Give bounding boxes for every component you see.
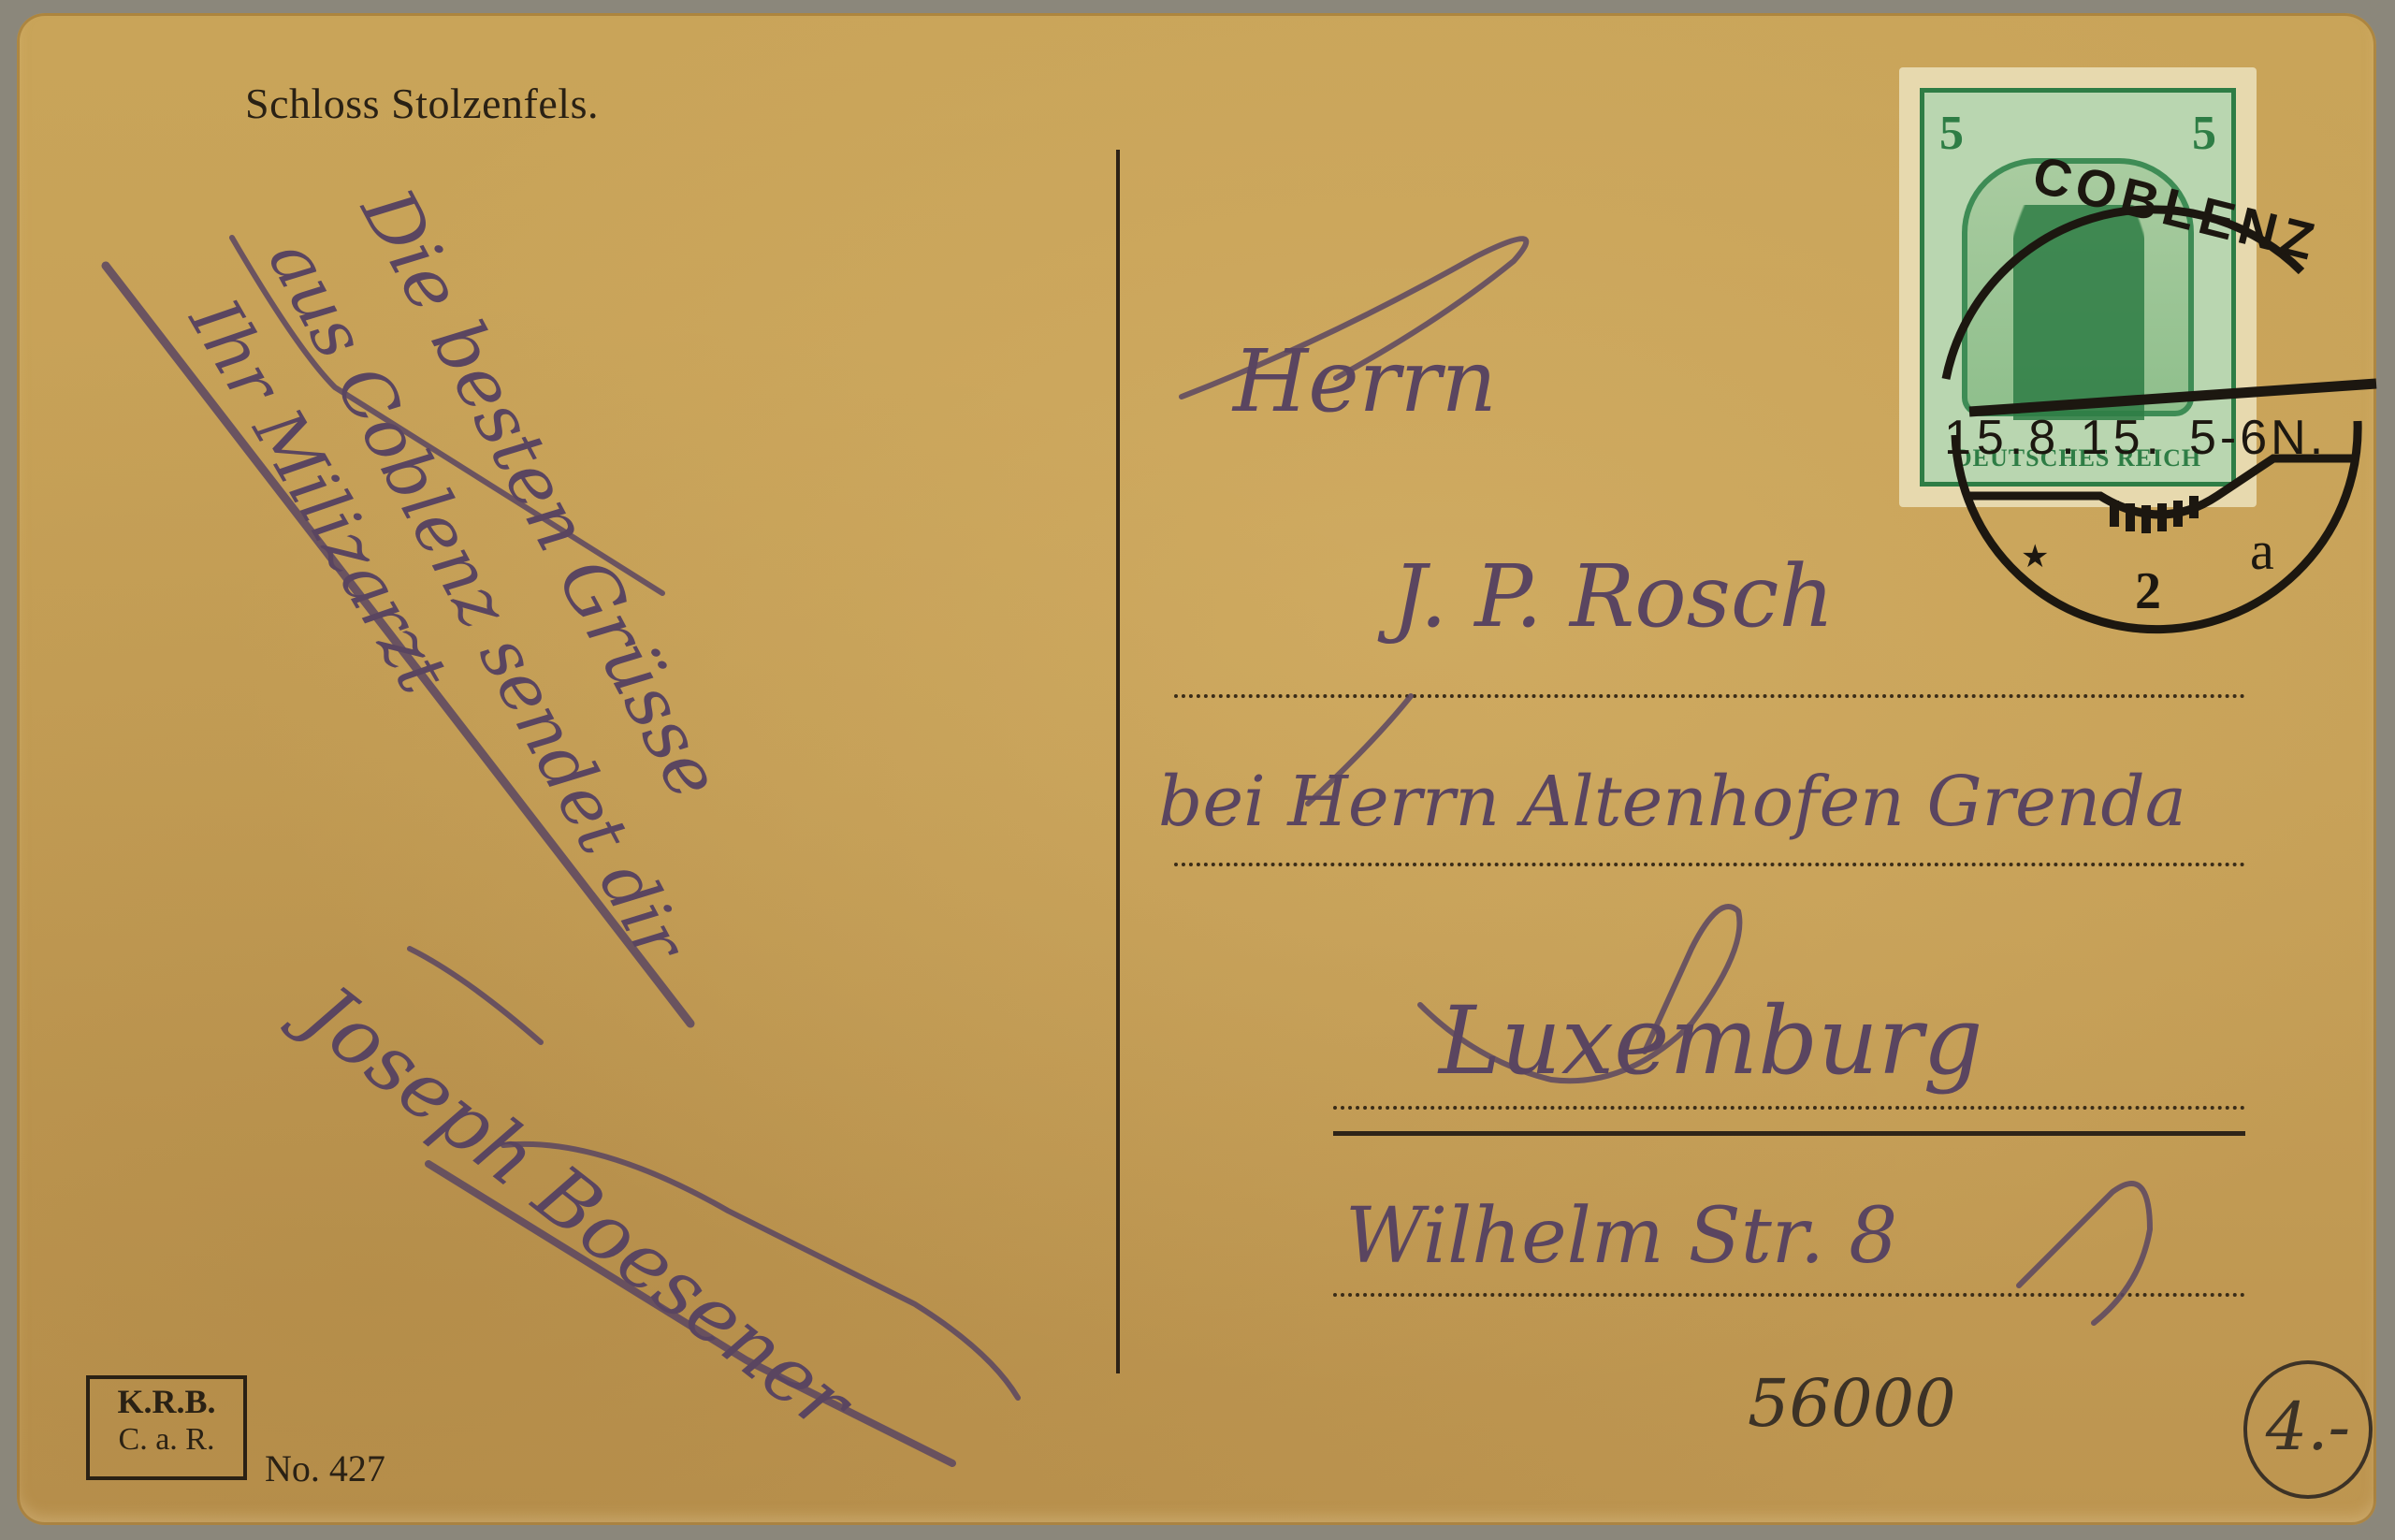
- stamp-value-left: 5: [1939, 106, 1964, 161]
- publisher-mark: K.R.B. C. a. R.: [86, 1375, 247, 1480]
- pencil-catalog-number: 56000: [1748, 1365, 1956, 1442]
- card-number: No. 427: [265, 1446, 385, 1490]
- address-salutation: Herrn: [1233, 331, 1497, 431]
- postcard-back: Schloss Stolzenfels. K.R.B. C. a. R. No.…: [17, 13, 2376, 1525]
- address-recipient-name: J. P. Rosch: [1392, 546, 1835, 647]
- address-street: Wilhelm Str. 8: [1345, 1192, 1897, 1281]
- message-address-divider: [1116, 150, 1120, 1373]
- postcard-title: Schloss Stolzenfels.: [245, 79, 599, 128]
- publisher-mark-line1: K.R.B.: [90, 1383, 243, 1421]
- address-city: Luxemburg: [1439, 986, 1982, 1096]
- publisher-mark-line2: C. a. R.: [90, 1421, 243, 1458]
- address-care-of: bei Herrn Altenhofen Grenda: [1158, 762, 2186, 842]
- message-signature: Joseph Boesener: [288, 967, 868, 1449]
- address-line-1: [1174, 694, 2245, 698]
- address-underline: [1333, 1131, 2245, 1136]
- germania-portrait-icon: [2013, 205, 2144, 420]
- address-line-2: [1174, 863, 2245, 866]
- address-line-3: [1333, 1106, 2245, 1110]
- stamp-frame: 5 5 DEUTSCHES REICH: [1920, 88, 2236, 487]
- address-line-4: [1333, 1293, 2245, 1297]
- postage-stamp: 5 5 DEUTSCHES REICH: [1899, 67, 2257, 507]
- stamp-value-right: 5: [2192, 106, 2216, 161]
- pencil-price-circled: 4.-: [2243, 1360, 2373, 1499]
- stamp-inscription: DEUTSCHES REICH: [1932, 444, 2224, 472]
